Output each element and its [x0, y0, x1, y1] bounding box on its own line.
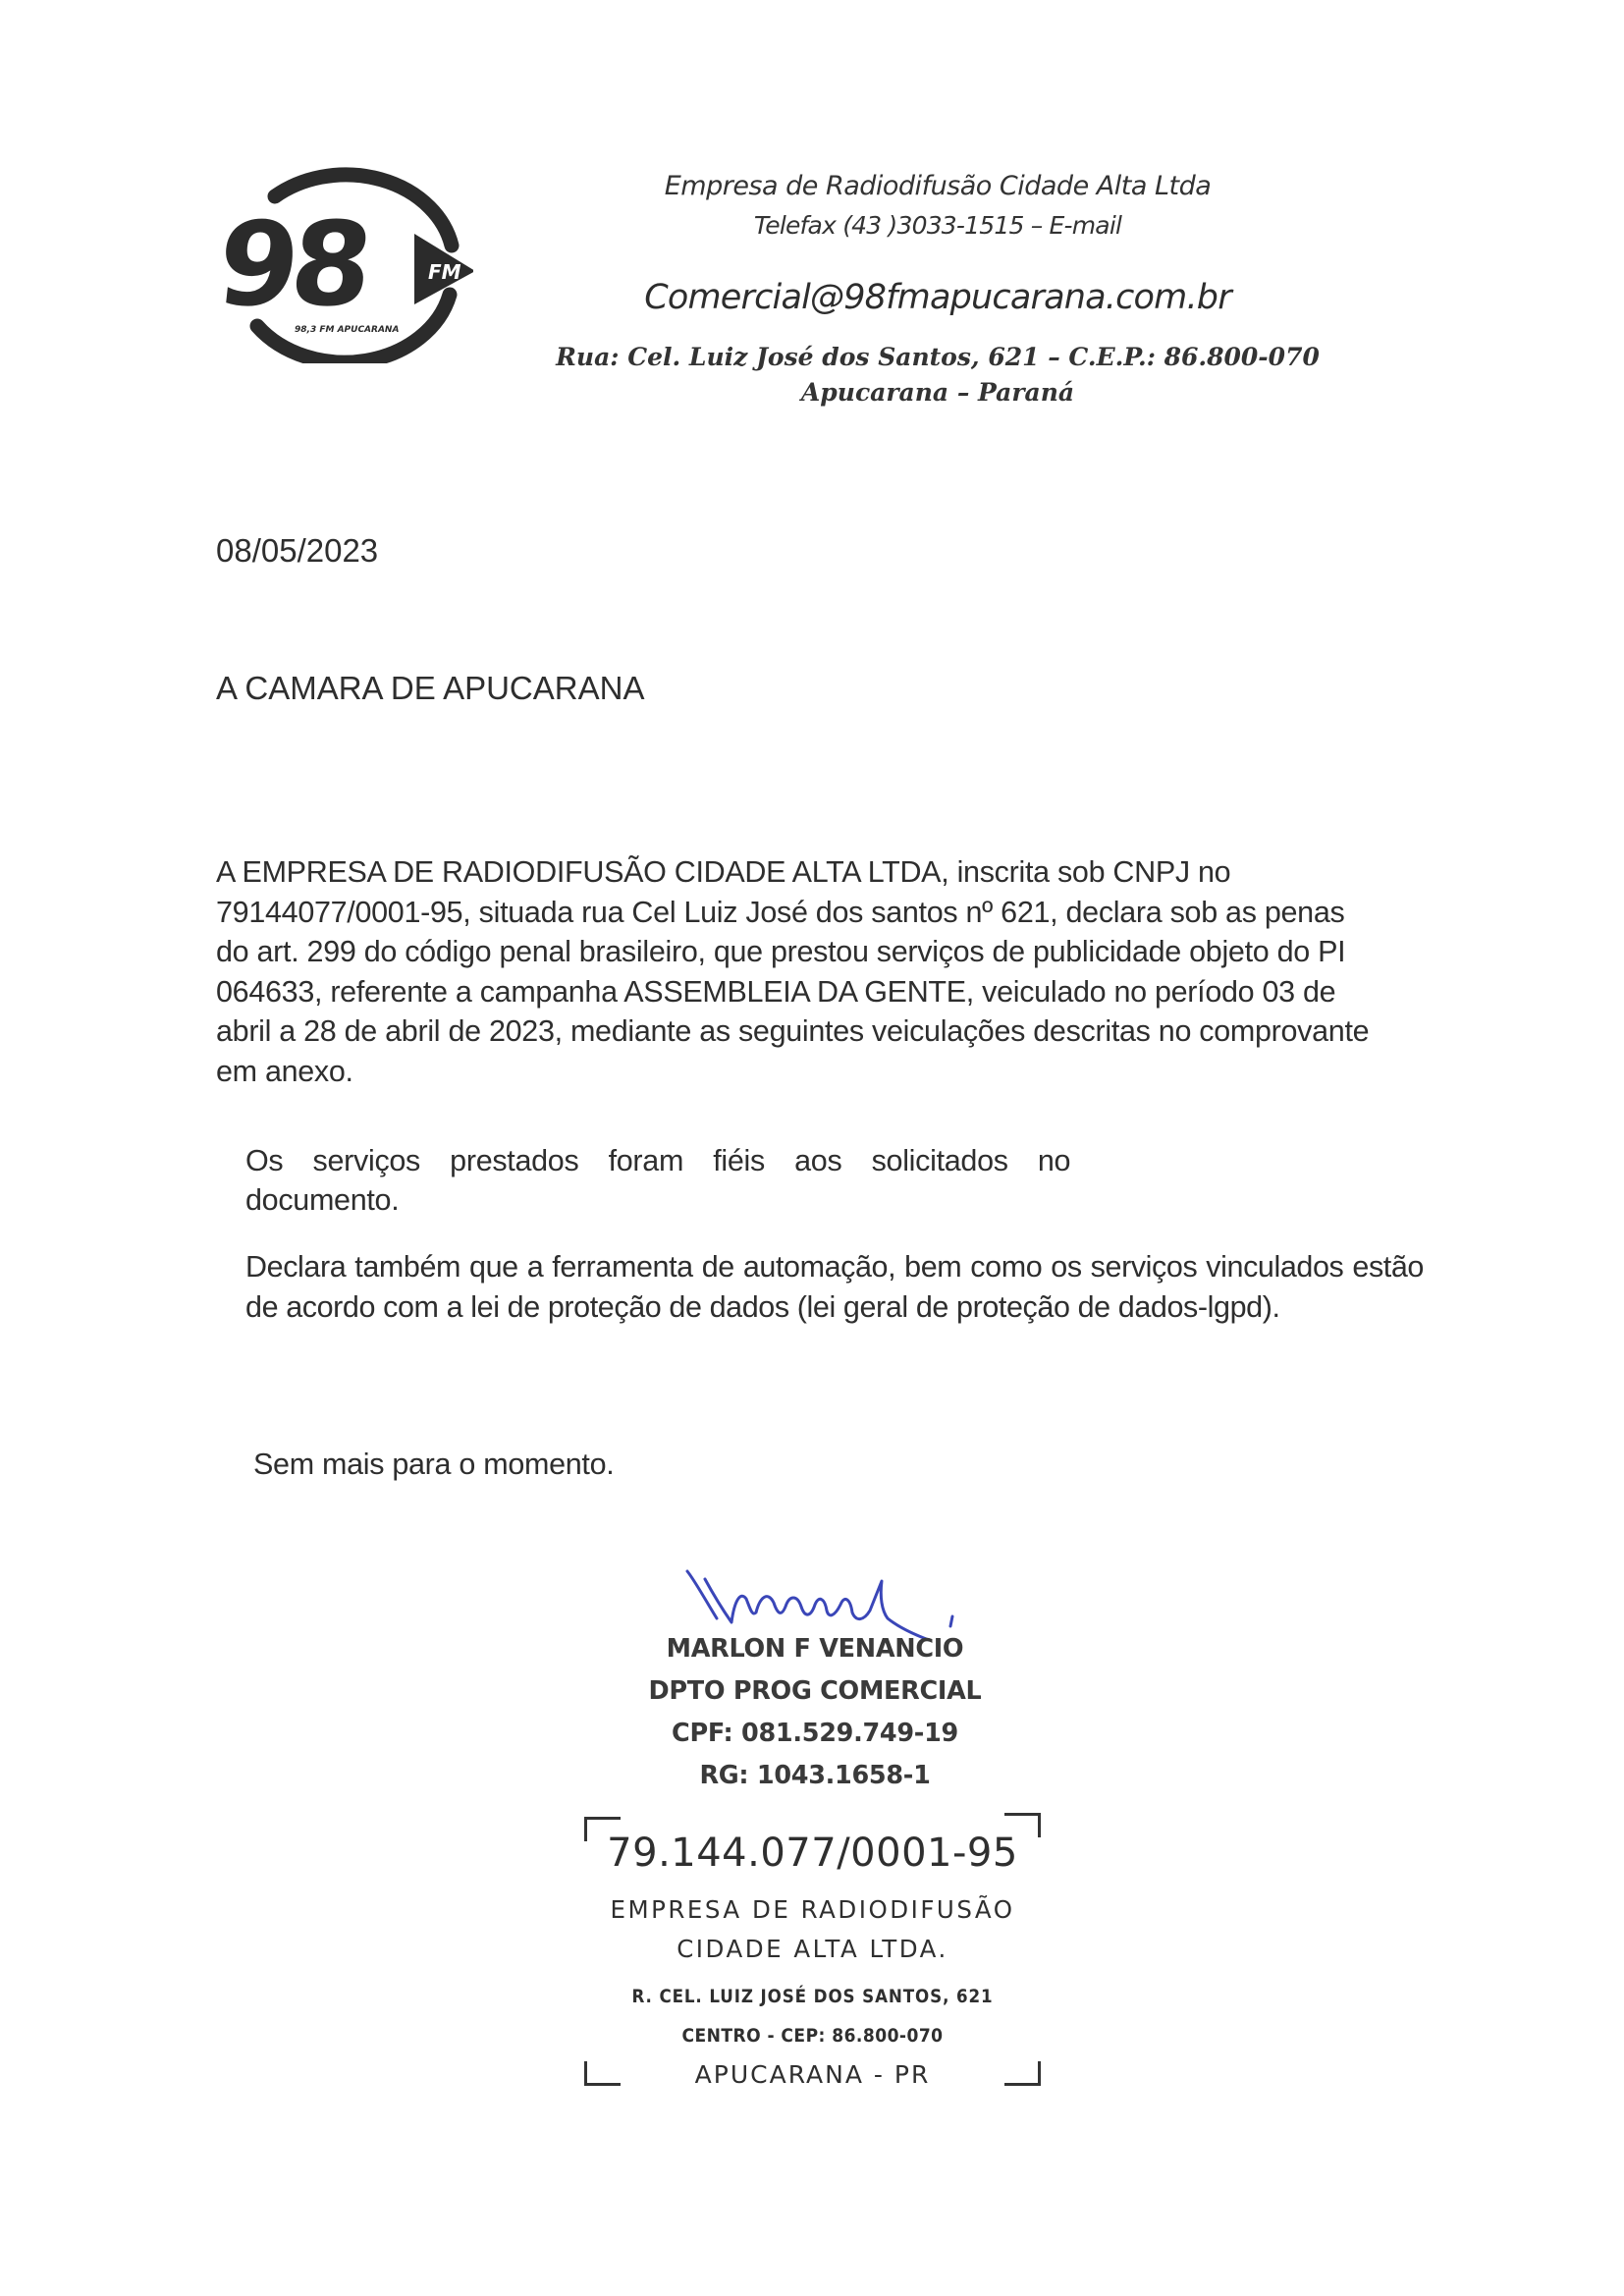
letter-page: 98 FM 98,3 FM APUCARANA Empresa de Radio… — [0, 0, 1624, 2296]
signer-department: DPTO PROG COMERCIAL — [589, 1670, 1041, 1713]
stamp-company-name-line1: EMPRESA DE RADIODIFUSÃO — [579, 1895, 1046, 1924]
svg-text:98,3 FM APUCARANA: 98,3 FM APUCARANA — [295, 325, 399, 335]
stamp-cep: CENTRO - CEP: 86.800-070 — [603, 2025, 1023, 2047]
stamp-city: APUCARANA - PR — [579, 2060, 1046, 2089]
services-paragraph-line2: documento. — [245, 1180, 1129, 1220]
signer-name: MARLON F VENANCIO — [589, 1628, 1041, 1670]
closing-line: Sem mais para o momento. — [253, 1448, 614, 1482]
signer-cpf: CPF: 081.529.749-19 — [589, 1713, 1041, 1755]
letterhead: Empresa de Radiodifusão Cidade Alta Ltda… — [520, 167, 1355, 410]
svg-text:98: 98 — [218, 196, 372, 332]
email-address: Comercial@98fmapucarana.com.br — [520, 273, 1355, 322]
recipient: A CAMARA DE APUCARANA — [216, 670, 644, 707]
98fm-logo-icon: 98 FM 98,3 FM APUCARANA — [218, 157, 473, 363]
stamp-cnpj: 79.144.077/0001-95 — [579, 1831, 1046, 1876]
declaration-paragraph: A EMPRESA DE RADIODIFUSÃO CIDADE ALTA LT… — [216, 852, 1375, 1091]
stamp-street: R. CEL. LUIZ JOSÉ DOS SANTOS, 621 — [608, 1986, 1018, 2007]
services-paragraph: Os serviços prestados foram fiéis aos so… — [245, 1141, 1129, 1220]
signer-rg: RG: 1043.1658-1 — [589, 1755, 1041, 1797]
services-paragraph-line1: Os serviços prestados foram fiéis aos so… — [245, 1141, 1129, 1180]
signature-block: MARLON F VENANCIO DPTO PROG COMERCIAL CP… — [589, 1628, 1041, 1797]
stamp-company-name-line2: CIDADE ALTA LTDA. — [579, 1935, 1046, 1963]
lgpd-paragraph: Declara também que a ferramenta de autom… — [245, 1247, 1424, 1327]
company-stamp: 79.144.077/0001-95 EMPRESA DE RADIODIFUS… — [579, 1809, 1046, 2104]
telefax: Telefax (43 )3033-1515 – E-mail — [520, 206, 1355, 246]
letter-date: 08/05/2023 — [216, 532, 378, 570]
address: Rua: Cel. Luiz José dos Santos, 621 – C.… — [520, 340, 1355, 375]
city: Apucarana – Paraná — [520, 375, 1355, 410]
svg-text:FM: FM — [428, 260, 461, 284]
company-name: Empresa de Radiodifusão Cidade Alta Ltda — [520, 167, 1355, 206]
